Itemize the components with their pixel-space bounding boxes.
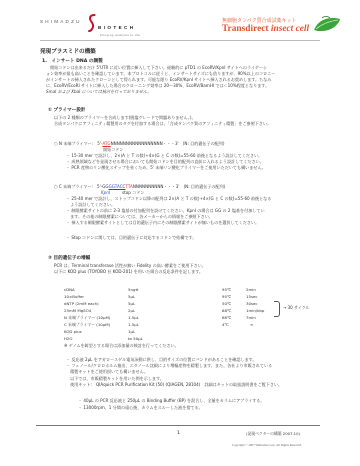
cycle-time: 15sec	[246, 294, 258, 300]
cycle-temp: 68℃	[222, 315, 231, 321]
cycle-temp: 4℃	[222, 322, 229, 328]
table-row: C 末端プライマー (10μM)1.5μL4℃∞	[64, 322, 324, 328]
reagent-name: cDNA	[64, 287, 75, 293]
footer-doc-label: (発現ベクターの構築 2007.10)	[246, 431, 300, 437]
copyright-notice: Copyright © 2007 Shimadzu Corp. All Righ…	[232, 443, 302, 447]
header-divider	[40, 40, 320, 41]
c-primer-bullet: ・ 挿入する制限酵素サイトとしては目的遺伝子内にその制限酵素サイトが無いものを選…	[66, 220, 259, 226]
c-primer-note: (N: 目的遺伝子の配列)	[184, 184, 226, 189]
reagent-amount: 1.5μL	[128, 315, 139, 321]
kit-subtitle: 無細胞タンパク質合成試薬キット	[222, 17, 297, 24]
kpni-site-seq: GGTACC	[109, 184, 126, 189]
cycle-brace	[274, 301, 280, 317]
reagent-name: dNTP (2mM each)	[64, 301, 99, 307]
reagent-amount: 5μL	[128, 294, 135, 300]
page-number: 1	[177, 431, 180, 436]
reagent-name: C 末端プライマー (10μM)	[64, 322, 110, 328]
amplification-intro-line: 以下に KOD plus (TOYOBO 社 KOD-201) を用いた場合の反…	[54, 269, 203, 275]
cycle-temp: 50℃	[222, 301, 231, 307]
primer-intro-line: 合成タンパクにアフィニティ精製用のタグを付加する場合は、「合成タンパク質のアフィ…	[54, 121, 271, 127]
c-primer-label: ○ C 末端プライマー: 5'-GG	[54, 184, 109, 189]
reagent-name: 10×Buffer	[64, 294, 84, 300]
reagent-name: N 末端プライマー (10μM)	[64, 315, 110, 321]
leaf-icon	[312, 14, 342, 34]
reagent-amount: 1μL	[128, 329, 135, 335]
cycle-temp: 95℃	[222, 294, 231, 300]
n-primer-bullet: ・ PCR 産物のリン酸化ステップを省くため、5' 末端リン酸化プライマーをご使…	[66, 165, 266, 171]
product-name-main: Transdirect	[222, 24, 271, 34]
c-primer-seq-rest: NNNNNNNNNN・・・3'	[133, 184, 180, 189]
reagent-name: H2O	[64, 336, 72, 342]
shimadzu-biotech-logo: SHIMADZU BIOTECH bringing analysis to li…	[40, 12, 150, 48]
cycle-time: 2min	[246, 287, 256, 293]
cycle-time: 30sec	[246, 301, 258, 307]
table-row: 10×Buffer5μL95℃15sec	[64, 294, 324, 300]
kit-step: ・ 13000rpm、1 分間の遠心後、カラムをスルーした液を捨てる。	[78, 405, 203, 411]
page-title: 発現プラスミドの構築	[40, 47, 96, 55]
table-row: H2Oto 50μL	[64, 336, 324, 342]
cycle-time: ∞	[250, 322, 253, 328]
n-primer-label: ○ N 末端プライマー: 5'-	[54, 141, 102, 146]
table-row: N 末端プライマー (10μM)1.5μL68℃7min	[64, 315, 324, 321]
kit-product-name: Transdirect insect cell	[222, 24, 309, 34]
table-footnote: ※ ゲノムを鋳型とする場合は添加量の検討を行ってください。	[64, 343, 179, 349]
reagent-amount: 1.5μL	[128, 322, 139, 328]
footer-divider	[36, 425, 320, 426]
stop-codon-seq: TTA	[125, 184, 132, 189]
cycle-count: 30 サイクル	[288, 305, 310, 310]
cycle-temp: 68℃	[222, 308, 231, 314]
reagent-name: KOD plus	[64, 329, 82, 335]
amplification-after-line: 精製キットをご使用頂いても構いません。	[66, 369, 148, 375]
table-row: cDNA5ng※95℃2min	[64, 287, 324, 293]
reagent-amount: 5ng※	[128, 287, 139, 293]
product-name-italic: insect cell	[271, 24, 309, 34]
reagent-name: 25mM MgSO4	[64, 308, 91, 314]
kit-step: ・ 40μL の PCR 反応液と 250μL の Binding Buffer…	[78, 398, 265, 404]
reagent-amount: 2μL	[128, 308, 135, 314]
amplification-after-line: 使用キット: QIAquick PCR Purification Kit (50…	[66, 382, 282, 388]
primer-design-heading: ① プライマー設計	[48, 108, 86, 114]
n-primer-note: (N: 目的遺伝子の配列)	[183, 141, 225, 146]
document-page: SHIMADZU BIOTECH bringing analysis to li…	[0, 0, 360, 466]
c-primer-bullet: ・ Stop コドンに関しては、目的遺伝子に対応するコドンで結構です。	[66, 235, 196, 241]
logo-company: SHIMADZU	[40, 19, 82, 24]
n-primer-seq-rest: NNNNNNNNNNNNNNNNN・・・3'	[111, 141, 179, 146]
reagent-amount: to 50μL	[128, 336, 143, 342]
section1-para-line: SmaI および XbaI については検討を行っておりません。	[46, 89, 151, 95]
logo-tagline: bringing analysis to life	[100, 33, 140, 37]
cycle-temp: 95℃	[222, 287, 231, 293]
reagent-amount: 5μL	[128, 301, 135, 307]
cycle-count-label: → 30 サイクル	[283, 305, 310, 311]
s-swoosh-icon	[88, 14, 96, 32]
table-row: KOD plus1μL	[64, 329, 324, 335]
n-primer-sequence: ○ N 末端プライマー: 5'-ATGNNNNNNNNNNNNNNNNN・・・3…	[54, 141, 224, 147]
logo-division: BIOTECH	[98, 25, 135, 30]
start-codon-seq: ATG	[102, 141, 110, 146]
cycle-time: 7min	[246, 315, 256, 321]
amplification-heading: ② 目的遺伝子の増幅	[48, 256, 90, 262]
cycle-time: 1min/kbp	[246, 308, 264, 314]
